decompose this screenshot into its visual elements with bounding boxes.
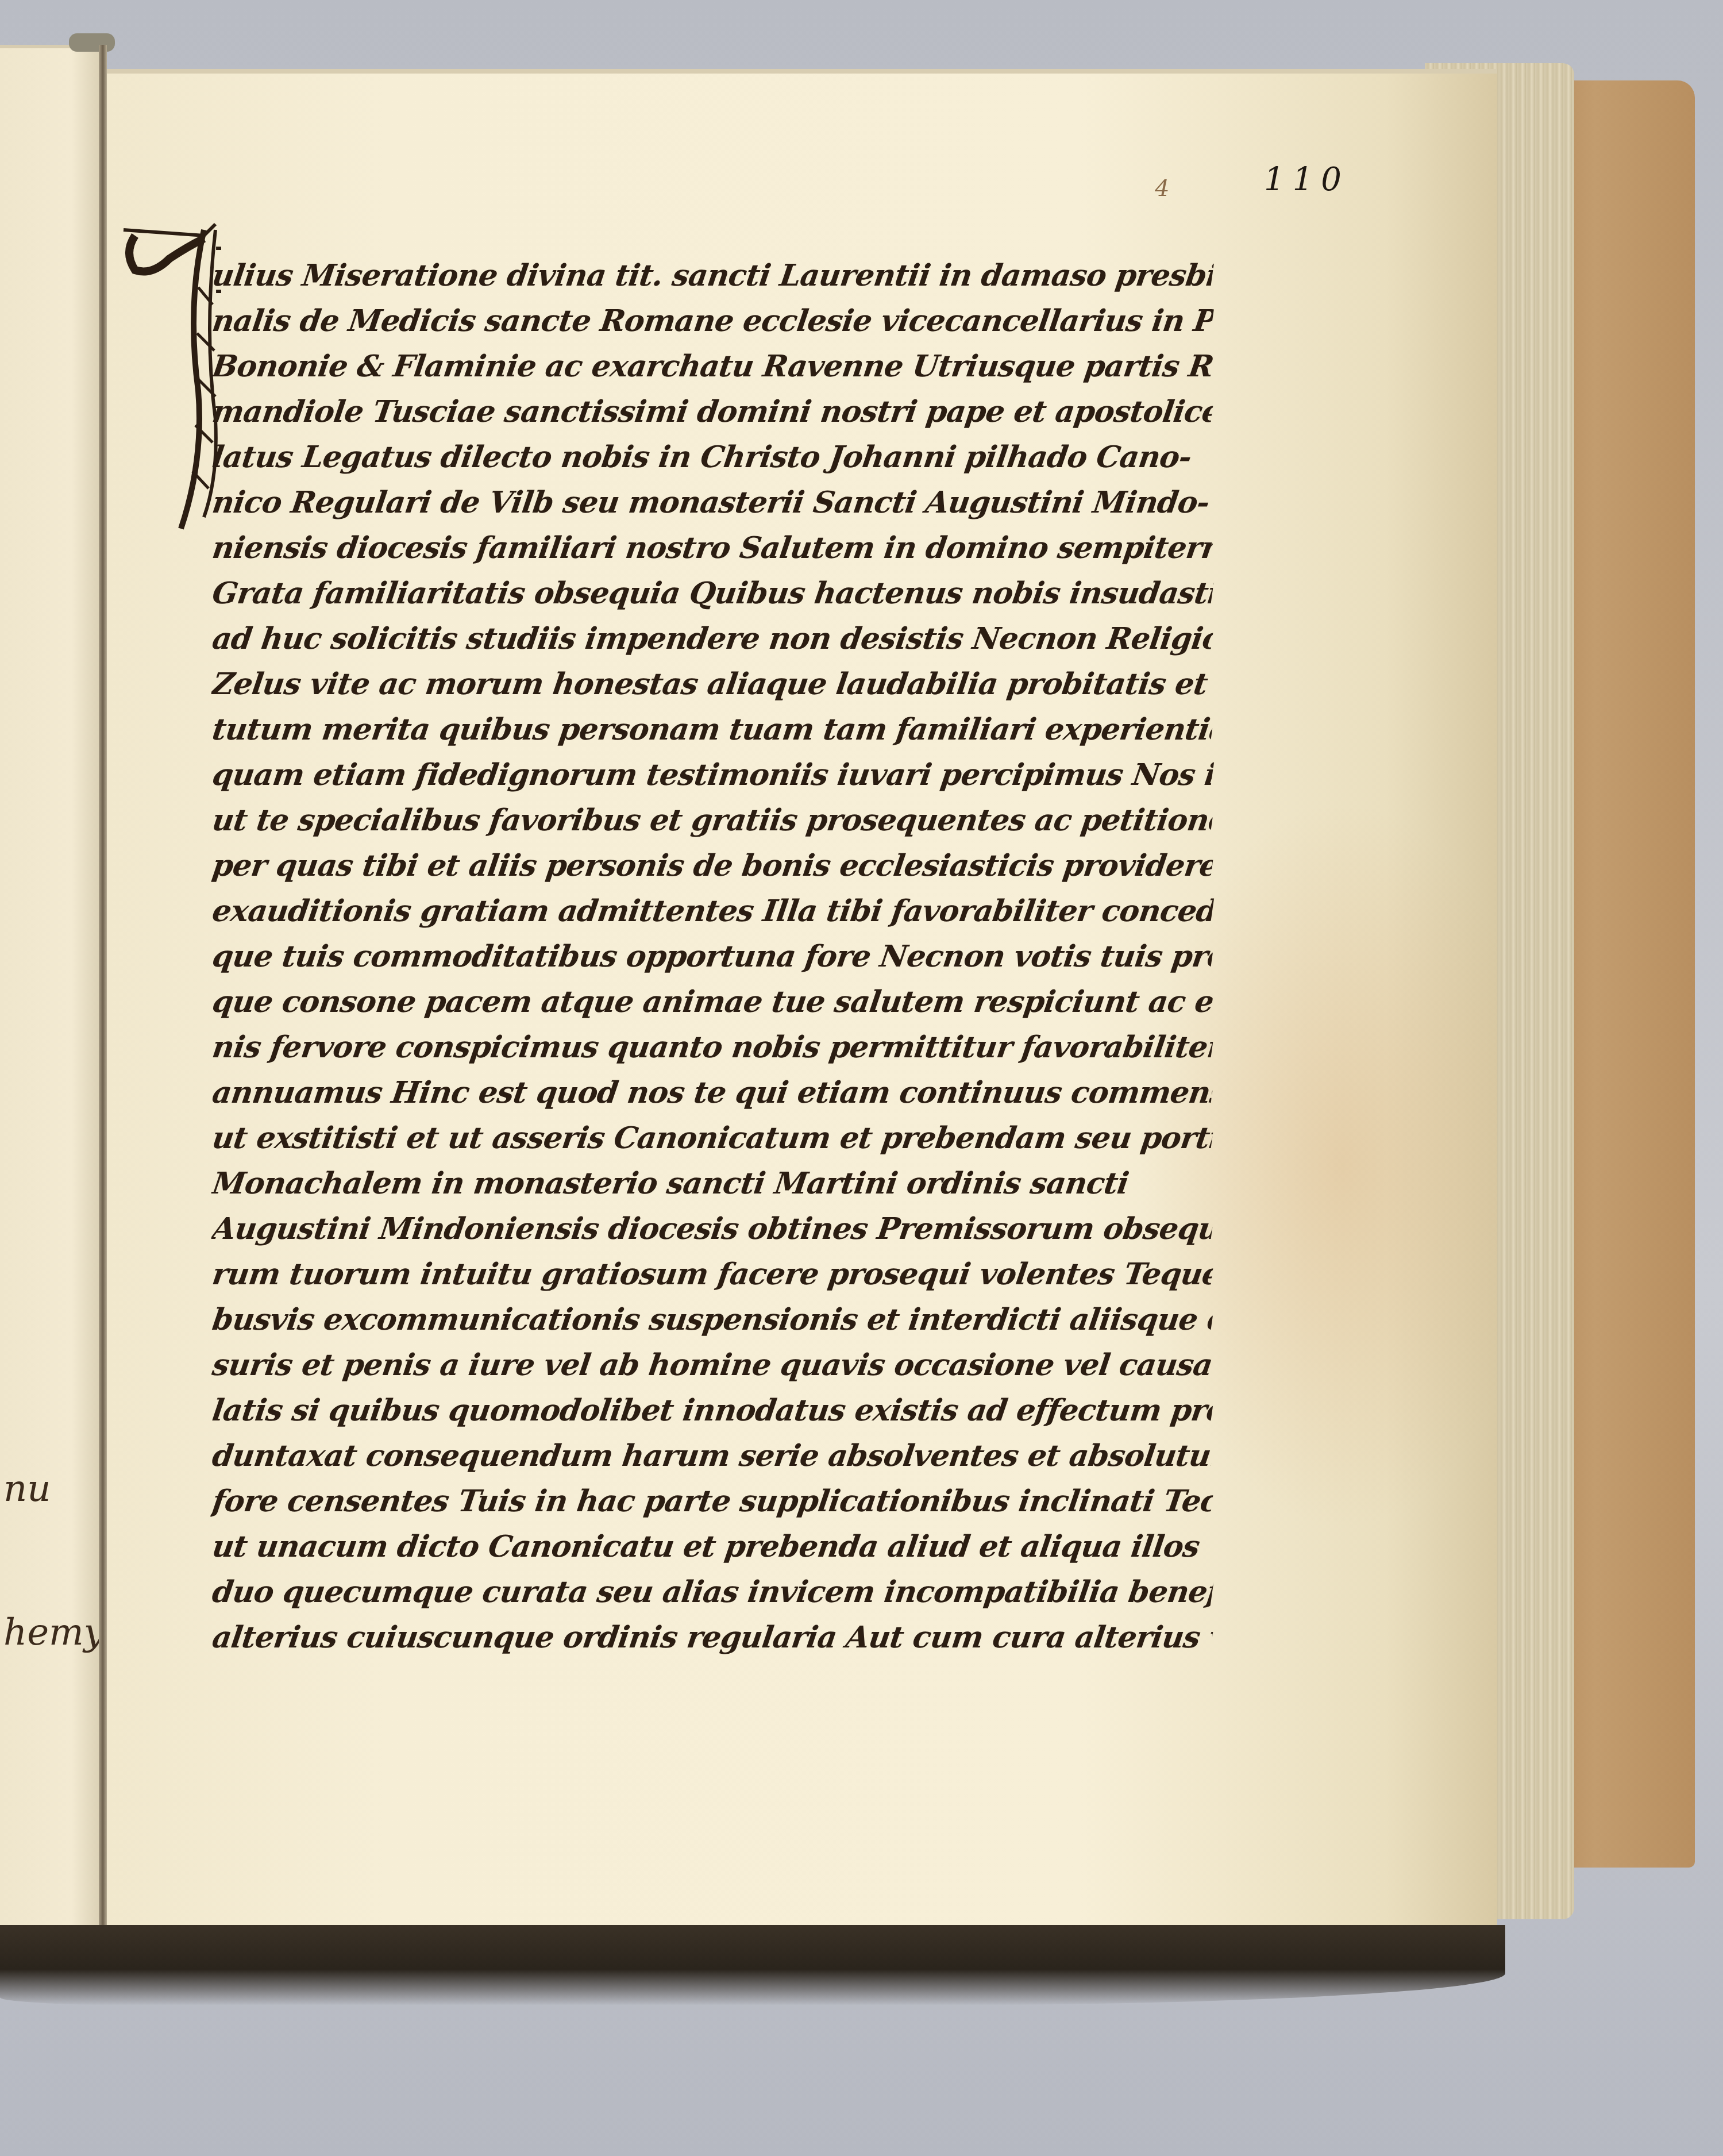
text-line: nis fervore conspicimus quanto nobis per… (209, 1025, 1215, 1070)
book-gutter (99, 45, 107, 1958)
text-line: latis si quibus quomodolibet innodatus e… (209, 1388, 1215, 1433)
folio-number: 110 (1264, 161, 1350, 198)
text-line: fore censentes Tuis in hac parte supplic… (209, 1479, 1215, 1524)
left-page-fragment: nu (3, 1468, 51, 1510)
binding-thread (69, 33, 115, 52)
text-line: ut unacum dicto Canonicatu et prebenda a… (209, 1524, 1215, 1569)
text-line: quam etiam fidedignorum testimoniis iuva… (209, 752, 1215, 798)
text-line: duntaxat consequendum harum serie absolv… (209, 1433, 1215, 1479)
left-page: nu hemy (0, 45, 102, 1968)
text-line: Grata familiaritatis obsequia Quibus hac… (209, 571, 1215, 616)
text-line: annuamus Hinc est quod nos te qui etiam … (209, 1070, 1215, 1115)
text-line: Monachalem in monasterio sancti Martini … (209, 1161, 1215, 1206)
pencil-mark: 4 (1155, 175, 1169, 202)
text-line: niensis diocesis familiari nostro Salute… (209, 525, 1215, 571)
text-line: ad huc solicitis studiis impendere non d… (209, 616, 1215, 661)
text-line: ulius Miseratione divina tit. sancti Lau… (209, 253, 1215, 298)
text-line: Zelus vite ac morum honestas aliaque lau… (209, 661, 1215, 707)
text-line: mandiole Tusciae sanctissimi domini nost… (209, 389, 1215, 434)
decorated-initial-icon: I (118, 218, 221, 540)
text-line: latus Legatus dilecto nobis in Christo J… (209, 434, 1215, 480)
left-page-fragment: hemy (3, 1611, 105, 1654)
text-line: alterius cuiuscunque ordinis regularia A… (209, 1615, 1215, 1660)
page-bottom-edge (0, 1925, 1505, 2005)
text-line: duo quecumque curata seu alias invicem i… (209, 1569, 1215, 1615)
text-line: que tuis commoditatibus opportuna fore N… (209, 934, 1215, 979)
text-block: ulius Miseratione divina tit. sancti Lau… (213, 253, 1212, 1660)
text-line: busvis excommunicationis suspensionis et… (209, 1297, 1215, 1342)
text-line: rum tuorum intuitu gratiosum facere pros… (209, 1252, 1215, 1297)
text-line: ut exstitisti et ut asseris Canonicatum … (209, 1115, 1215, 1161)
text-line: nalis de Medicis sancte Romane ecclesie … (209, 298, 1215, 344)
text-line: Augustini Mindoniensis diocesis obtines … (209, 1206, 1215, 1252)
text-line: Bononie & Flaminie ac exarchatu Ravenne … (209, 344, 1215, 389)
text-line: nico Regulari de Vilb seu monasterii San… (209, 480, 1215, 525)
text-line: exauditionis gratiam admittentes Illa ti… (209, 888, 1215, 934)
text-line: suris et penis a iure vel ab homine quav… (209, 1342, 1215, 1388)
text-line: ut te specialibus favoribus et gratiis p… (209, 798, 1215, 843)
text-line: per quas tibi et aliis personis de bonis… (209, 843, 1215, 888)
text-line: tutum merita quibus personam tuam tam fa… (209, 707, 1215, 752)
text-line: que consone pacem atque animae tue salut… (209, 979, 1215, 1025)
